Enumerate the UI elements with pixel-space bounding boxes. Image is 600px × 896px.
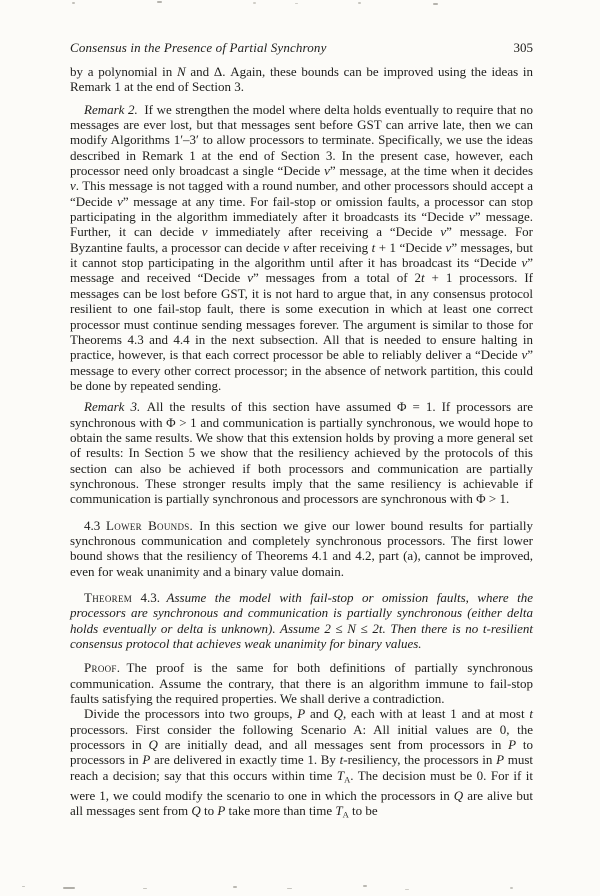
text-segment: -resiliency, the processors in [343, 752, 496, 767]
scan-speck [510, 887, 513, 889]
scan-speck [253, 2, 256, 4]
scan-speck [233, 886, 237, 888]
text-segment: Divide the processors into two groups, [84, 706, 297, 721]
text-segment: are initially dead, and all messages sen… [158, 737, 508, 752]
text-segment: + 1 “Decide [375, 240, 445, 255]
text-segment: Q [334, 706, 343, 721]
text-segment: to be [349, 803, 378, 818]
paragraph: Remark 3. All the results of this sectio… [70, 399, 533, 506]
text-segment: T [335, 803, 342, 818]
text-segment: by a polynomial in [70, 64, 177, 79]
text-segment: Remark 3. [84, 399, 140, 414]
text-segment: t [529, 706, 533, 721]
text-segment: P [508, 737, 516, 752]
text-segment: . The proof is the same for both definit… [70, 660, 533, 706]
scan-speck [287, 888, 292, 889]
text-segment: , each with at least 1 and at most [343, 706, 529, 721]
text-segment: ” message, at the time when it decides [330, 163, 533, 178]
scan-speck [72, 2, 75, 4]
text-segment: 4.3. [132, 590, 166, 605]
text-segment: are delivered in exactly time 1. By [150, 752, 339, 767]
text-segment: to [201, 803, 218, 818]
scan-speck [433, 3, 438, 5]
text-segment: Lower Bounds [106, 518, 190, 533]
text-segment: and [305, 706, 333, 721]
text-segment: after receiving [289, 240, 372, 255]
scan-speck [363, 885, 367, 887]
scan-speck [358, 2, 361, 4]
text-segment: take more than time [225, 803, 335, 818]
scan-speck [63, 887, 75, 889]
text-segment: T [337, 768, 344, 783]
text-segment: Proof [84, 660, 117, 675]
scan-speck [295, 3, 298, 4]
running-header-title: Consensus in the Presence of Partial Syn… [70, 40, 327, 56]
text-segment: P [297, 706, 305, 721]
text-segment: Q [191, 803, 200, 818]
text-segment: Remark 2. [84, 102, 138, 117]
paragraph: Proof. The proof is the same for both de… [70, 660, 533, 706]
text-column: by a polynomial in N and Δ. Again, these… [70, 64, 533, 823]
text-segment: P [496, 752, 504, 767]
text-segment: Q [454, 788, 463, 803]
paragraph: 4.3 Lower Bounds. In this section we giv… [70, 518, 533, 579]
scan-speck [143, 888, 147, 889]
text-segment: All the results of this section have ass… [70, 399, 533, 506]
paragraph: by a polynomial in N and Δ. Again, these… [70, 64, 533, 95]
page-number: 305 [514, 40, 534, 56]
scanned-paper-page: Consensus in the Presence of Partial Syn… [0, 0, 600, 896]
paragraph: Divide the processors into two groups, P… [70, 706, 533, 822]
scan-speck [157, 1, 162, 3]
text-segment: ” message at any time. For fail-stop or … [70, 194, 533, 224]
paragraph: Remark 2. If we strengthen the model whe… [70, 102, 533, 394]
text-segment: 4.3 [84, 518, 106, 533]
text-segment: N [177, 64, 186, 79]
scan-speck [22, 886, 25, 887]
running-header: Consensus in the Presence of Partial Syn… [70, 40, 533, 56]
text-segment: immediately after receiving a “Decide [208, 224, 441, 239]
text-segment: Theorem [84, 590, 132, 605]
paragraph: Theorem 4.3. Assume the model with fail-… [70, 590, 533, 651]
text-segment: Q [148, 737, 157, 752]
text-segment: ” messages from a total of 2 [253, 270, 421, 285]
scan-speck [405, 889, 409, 890]
